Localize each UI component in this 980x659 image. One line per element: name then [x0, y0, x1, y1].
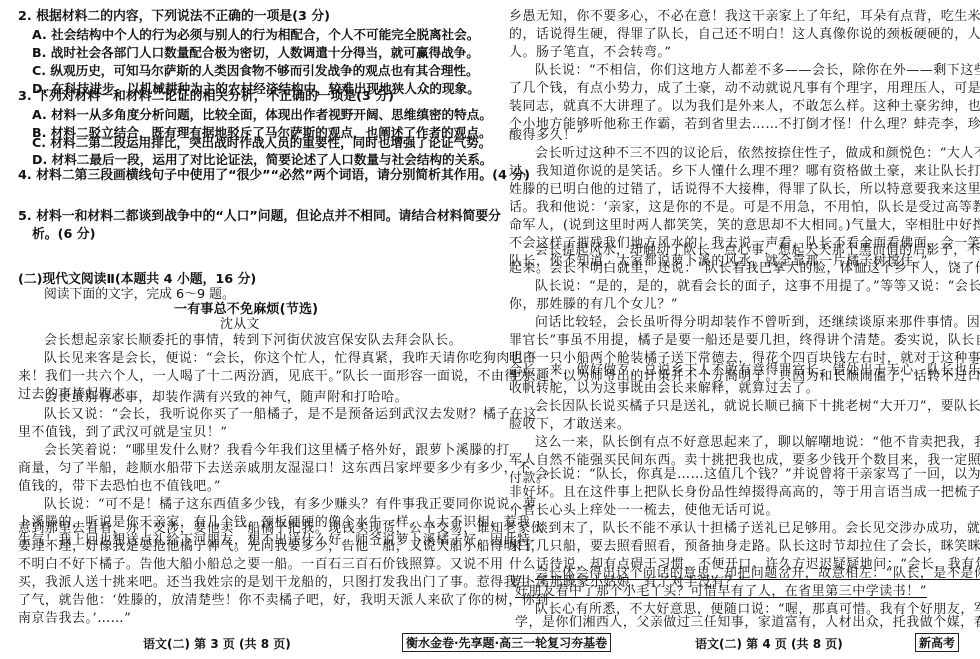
- passage-line: 谈到末了，队长不能不承认十担橘子送礼已足够用。会长见交涉办成功，就说号上: [509, 520, 980, 538]
- passage-line: 南京告我去。’……”: [18, 610, 131, 628]
- question-2-stem: 2. 根据材料二的内容，下列说法不正确的一项是(3 分): [18, 8, 330, 26]
- passage-line: 过，我知道你说的是笑话。乡下人懂什么理不理？哪有资格做土豪，来让队长打倒他？: [509, 163, 980, 181]
- question-5-stem-line-1: 5. 材料一和材料二都谈到战争中的“人口”问题，但论点并不相同。请结合材料简要分: [18, 208, 501, 226]
- passage-line: 起来。会长不明白就里，还说：“队长看我巴掌大的脸，体恤这个乡下人，饶了他吧。”: [509, 260, 980, 278]
- passage-line: 的，话说得生硬，得罪了队长，自己还不明白！这人真像你说的颈板硬硬的，人可是个好: [509, 26, 980, 44]
- passage-line: 脸收下，才敢送来。: [509, 416, 630, 434]
- passage-line: 个官长心头上痒处一一梳去，使他无话可说。: [509, 502, 779, 520]
- passage-line: 乡愚无知，你不要多心，不必在意！我这干亲家上了年纪，耳朵有点背，吃生米饭长大: [509, 8, 980, 26]
- underlined-passage-line: 会长体会得出这个问话的意思，却把问题岔开，故意相左：“队长，是不是你有什 么: [509, 565, 980, 583]
- passage-line: 学，是你们湘西人，父亲做过三任知事，家道富有，人材出众，托我做个媒，看一房亲事。: [515, 614, 980, 632]
- center-banner: 衡水金卷·先享题·高三一轮复习夯基卷: [402, 633, 611, 652]
- passage-line: 来！我们一共六个人，一人喝了十二两汾酒，见底干。”队长一面形容一面说，不由得为: [18, 368, 531, 386]
- passage-line: 会长提起风水，却触动了队长一点心事，想起夭夭那个黑而俏的后影子，不禁微笑: [509, 242, 980, 260]
- passage-line: 了几个钱，有点小势力，成了土豪，动不动就说凡事有个理字，用理压人，可是对我们武: [509, 80, 980, 98]
- passage-line: 收帆转舵，以为这事既由会长来解释，就算过去了。: [509, 380, 819, 398]
- page-4-footer: 语文(二) 第 4 页 (共 8 页): [695, 635, 843, 652]
- passage-line: 装同志，就真不大讲理了。以为我们是外来人，不敢怎么样。这种土豪劣绅，也是在这: [509, 98, 980, 116]
- passage-line: 命军人，(说到这里时两人都笑笑，笑的意思却不大相同。)气量大，宰相肚中好撑船，决: [509, 217, 980, 235]
- underlined-passage-line: 好朋友看中了那个小毛丫头？可惜早有了人，在省里第三中学读书！”: [515, 583, 927, 601]
- question-3-option-c: C. 材料二第二段运用排比，突出战时作战人员的重要性，同时也增强了论证气势。: [18, 134, 491, 152]
- passage-line: 罪官长”事虽不用提，橘子是要一船还是要几担，终得讲个清楚。委实说，队长自从打听: [509, 332, 980, 350]
- passage-line: 商量，匀了半船，趁顺水船带下去送亲戚朋友湿湿口！这东西吕家坪要多少有多少，不: [18, 460, 531, 478]
- passage-line: 会长笑着说：“哪里发什么财？我看今年我们这里橘子格外好，跟萝卜溪滕的打: [18, 442, 510, 460]
- passage-line: 你，那姓滕的有几个女儿？”: [509, 296, 678, 314]
- passage-line: 会长一来，做好做歹，总说乡下人不敢有意得罪官长，错处出于无心。队长也乐得借此: [509, 362, 980, 380]
- passage-line: 不明白不好下橘子。告他大船小船总之要一船。一百石三百石价钱照算。又说不用: [18, 556, 504, 574]
- new-gaokao-badge: 新高考: [915, 633, 959, 652]
- page-3-footer: 语文(二) 第 3 页 (共 8 页): [143, 635, 291, 652]
- passage-line: 话。我和他说：‘亲家，这是你的不是。可是不用急，不用怕，队长是受过高等教育的革: [509, 199, 980, 217]
- passage-line: 队长见来客是会长，便说：“会长，你这个忙人，忙得真紧，我昨天请你吃狗肉也不: [18, 350, 537, 368]
- passage-line: 买，我派人送十挑来吧。还当我姓宗的是划干龙船的，只图打发我出门了事。惹得我生: [18, 574, 531, 592]
- passage-line: 姓滕的已明白他的过错了，话说得不大接榫，得罪了队长，所以特意要我来这里说句好: [509, 181, 980, 199]
- passage-line: 了气，就告他：‘姓滕的，放清楚些！你不卖橘子吧，好，我明天派人来砍了你的树，你到: [18, 592, 549, 610]
- passage-line: 会长说：“队长，你真是……这值几个钱？”并说曾将干亲家骂了一回，以为不懂是: [509, 466, 980, 484]
- passage-line: 里不值钱，到了武汉可就是宝贝！”: [18, 424, 228, 442]
- question-2-option-b: B. 战时社会各部门人口数量配合极为密切，人数调遣十分得当，就可赢得战争。: [18, 44, 479, 62]
- question-2-option-a: A. 社会结构中个人的行为必须与别人的行为相配合，个人不可能完全脱离社会。: [18, 26, 479, 44]
- passage-line: 酸得多久！”: [509, 127, 584, 145]
- question-4-stem: 4. 材料二第三段画横线句子中使用了“很少”“必然”两个词语，请分别简析其作用。…: [18, 167, 530, 185]
- passage-line: 非好坏。且在这件事上把队长身份品性绰掇得高高的，等于用言语当成一把梳子，在这: [509, 484, 980, 502]
- passage-line: 队长说：“可不是！橘子这东西值多少钱，有多少赚头？有件事我正要同你说说，萝: [18, 496, 537, 514]
- question-5-stem-line-2: 析。(6 分): [18, 226, 95, 244]
- passage-line: 队长又说：“会长，我听说你买了一船橘子，是不是预备运到武汉去发财？橘子在这: [18, 406, 537, 424]
- passage-line: 问话比较轻，会长虽听得分明却装作不曾听到，还继续谈原来那件事情。因为“得: [509, 314, 980, 332]
- passage-line: 队长说：“不相信，你们这地方人都差不多——会长，除你在外——剩下这些人，找: [509, 62, 980, 80]
- passage-line: 队长说：“是的，是的，就看会长的面子，这事不用提了。”等等又说：“会长，我且问: [509, 278, 980, 296]
- passage-line: 意到那里去看看，办个交涉，要他卖一船橘子把我。现钱买现货，公平交易，谁知老家伙: [18, 520, 544, 538]
- passage-line: 值钱的，带下去恐怕也不值钱吧。”: [18, 478, 221, 496]
- question-3-option-a: A. 材料一从多角度分析问题，比较全面，体现出作者视野开阔、思维缜密的特点。: [18, 106, 492, 124]
- question-2-option-c: C. 纵观历史，可知马尔萨斯的人类因食物不够而引发战争的观点也有其合理性。: [18, 62, 479, 80]
- passage-line: 人。肠子笔直，不会转弯。”: [509, 44, 672, 62]
- passage-line: 会长因队长说买橘子只是送礼，就说长顺已摘下十挑老树“大开刀”，要队长肯赏: [509, 398, 980, 416]
- passage-line: 会长听过这种不三不四的议论后，依然按捺住性子，做成和颜悦色：“大人不见小人: [509, 145, 980, 163]
- question-3-stem: 3. 下列对材料一和材料二论证的相关分析，不正确的一项是(3 分): [18, 88, 394, 106]
- passage-line: 会长虽别有心事，却装作满有兴致的神气，随声附和打哈哈。: [18, 389, 408, 407]
- passage-line: 会长想起亲家长顺委托的事情，转到下河街伏波宫保安队去拜会队长。: [18, 332, 462, 350]
- passage-line: 要理不理，好像我是要抢他橘子神气。先问我要多少，告他一船，又说大船小船得明白，: [18, 538, 544, 556]
- passage-line: 来了几只船，要去照看照看，预备抽身走路。队长这时节却拉住了会长，眯笑眯笑，像有: [509, 538, 980, 556]
- passage-line: 这么一来，队长倒有点不好意思起来了，聊以解嘲地说：“他不肯卖把我，我们革命: [509, 434, 980, 452]
